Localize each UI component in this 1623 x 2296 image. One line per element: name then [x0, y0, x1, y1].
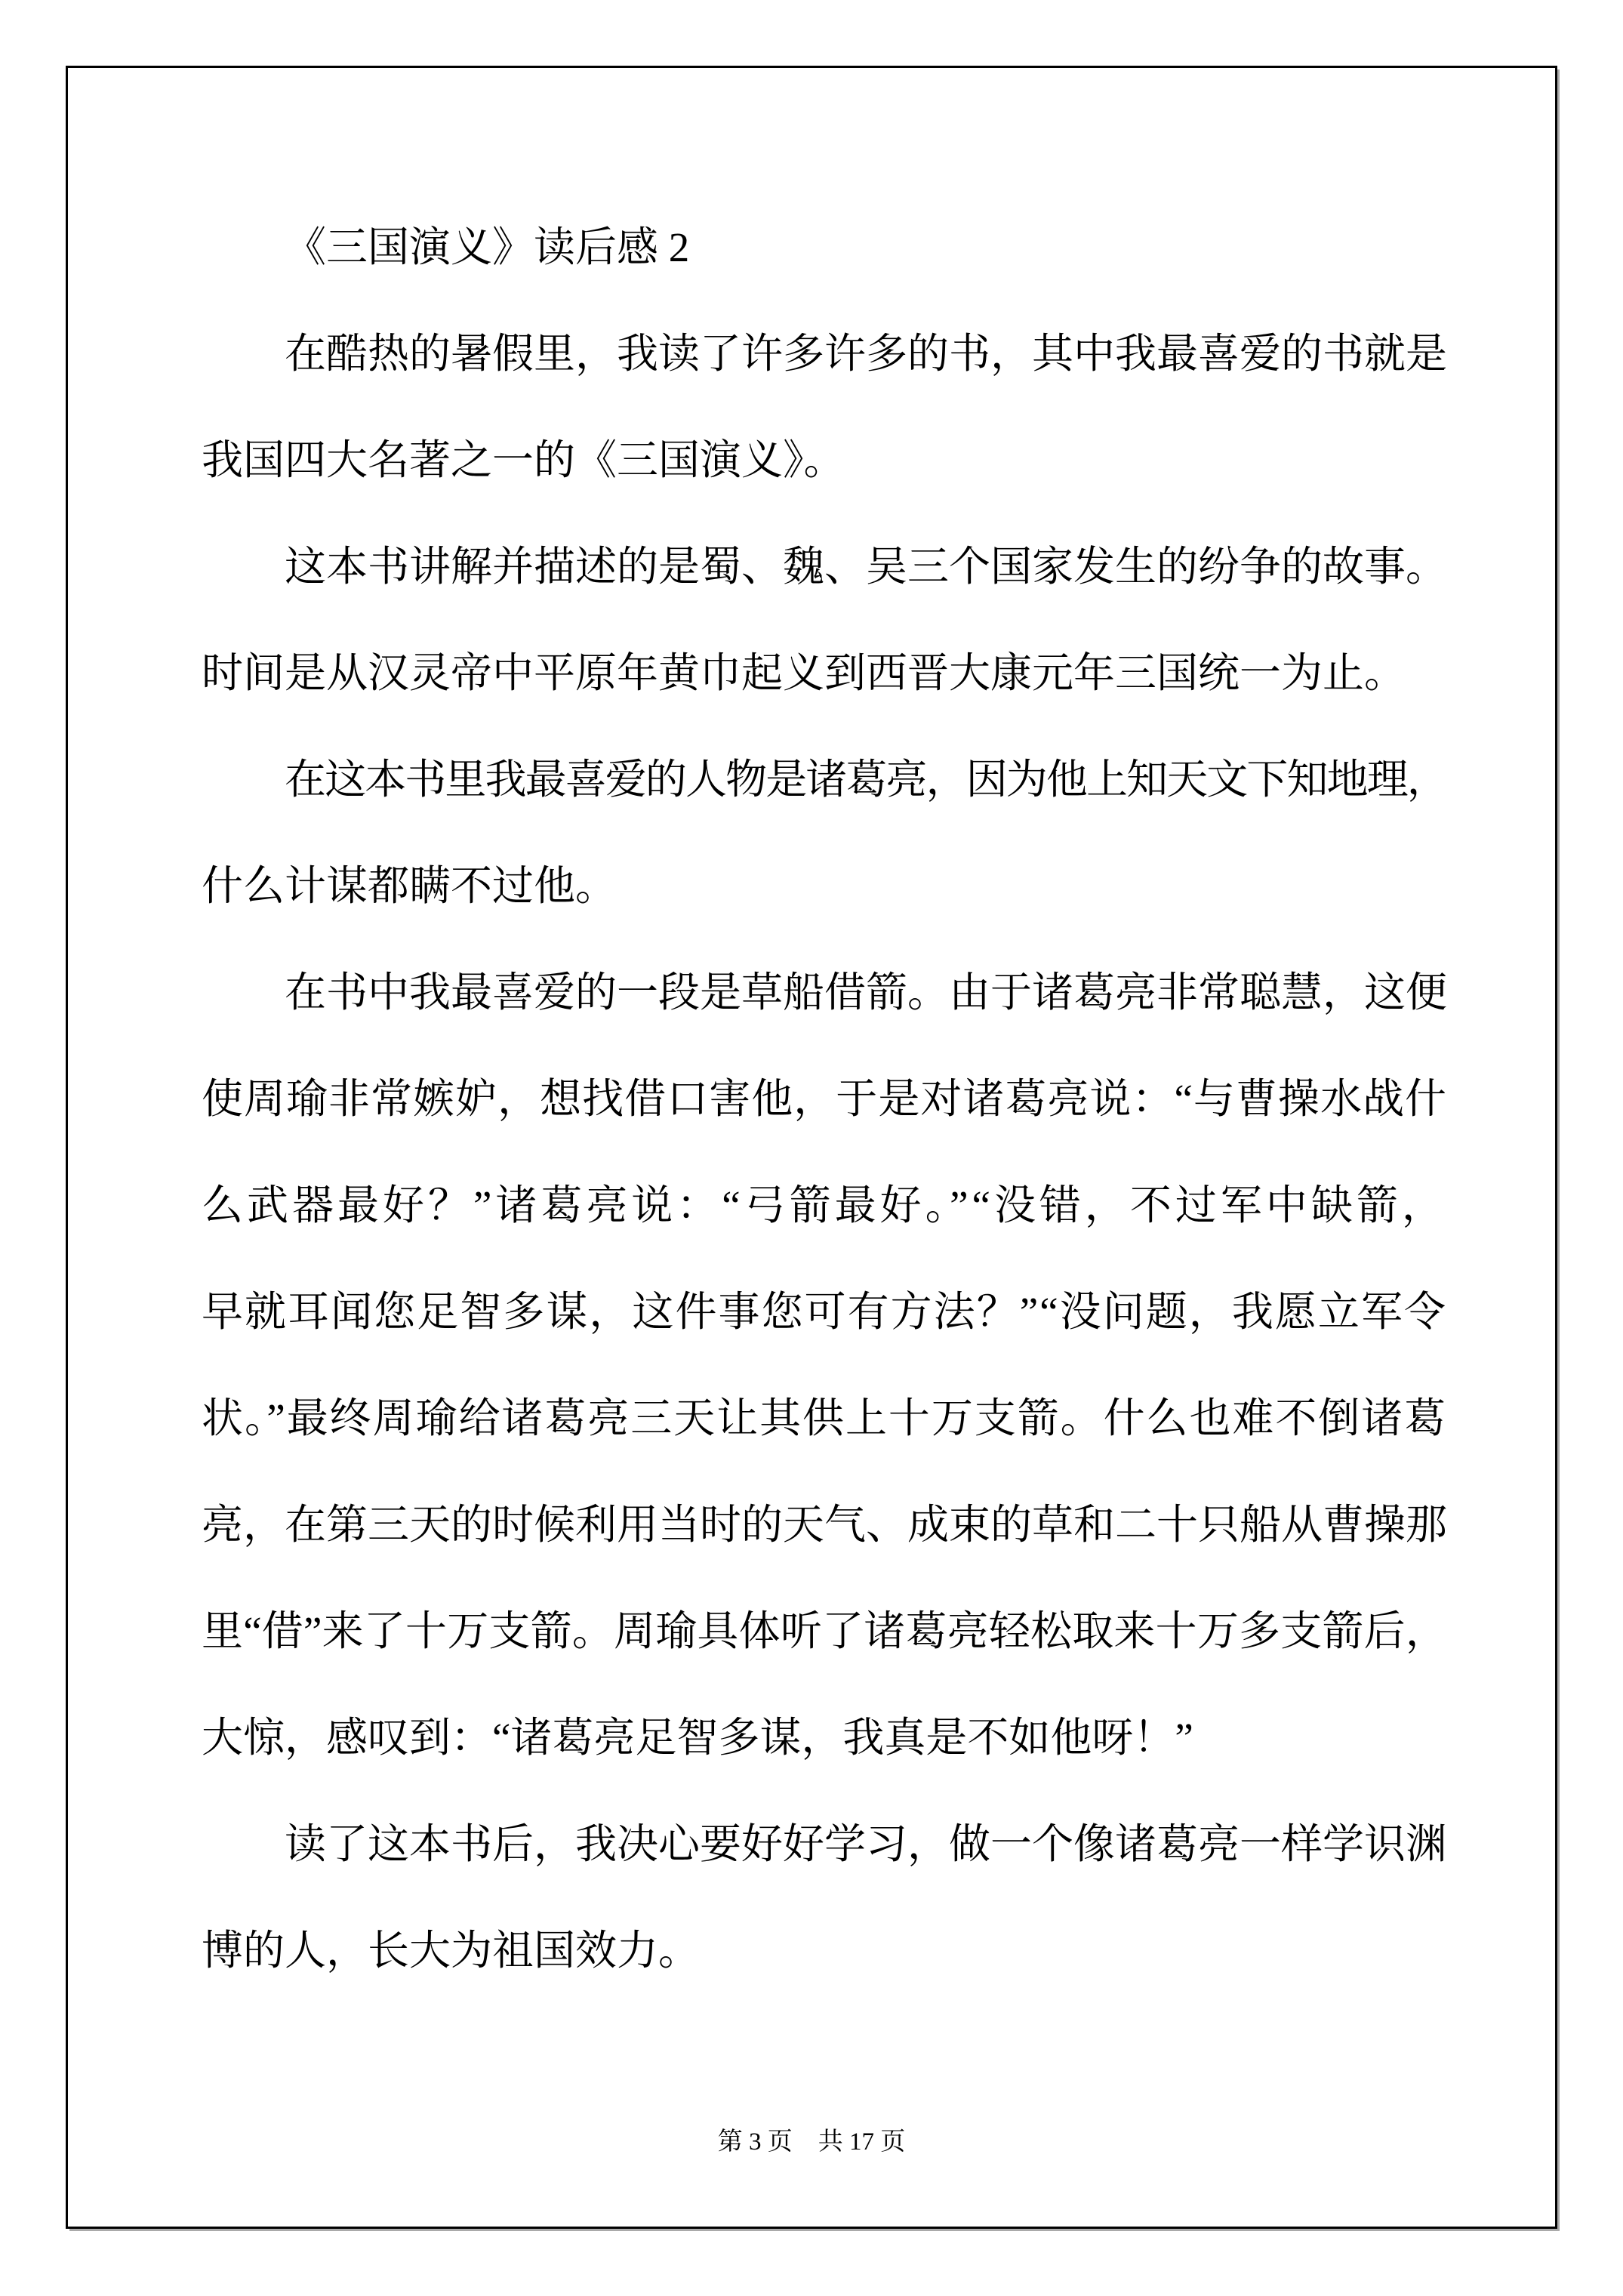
document-page: { "page": { "background": "#ffffff", "fr… [0, 0, 1623, 2296]
text-line: 早就耳闻您足智多谋，这件事您可有方法？”“没问题，我愿立军令 [202, 1259, 1447, 1365]
text-line: 博的人，长大为祖国效力。 [202, 1897, 1447, 2004]
text-line: 在酷热的暑假里，我读了许多许多的书，其中我最喜爱的书就是 [202, 300, 1447, 407]
paragraph: 在酷热的暑假里，我读了许多许多的书，其中我最喜爱的书就是我国四大名著之一的《三国… [202, 300, 1447, 513]
text-line: 什么计谋都瞒不过他。 [202, 833, 1447, 939]
text-line: 我国四大名著之一的《三国演义》。 [202, 407, 1447, 513]
text-line: 么武器最好？”诸葛亮说：“弓箭最好。”“没错，不过军中缺箭， [202, 1152, 1447, 1259]
text-line: 里“借”来了十万支箭。周瑜具体听了诸葛亮轻松取来十万多支箭后， [202, 1578, 1447, 1684]
text-line: 在书中我最喜爱的一段是草船借箭。由于诸葛亮非常聪慧，这便 [202, 939, 1447, 1046]
text-line: 这本书讲解并描述的是蜀、魏、吴三个国家发生的纷争的故事。 [202, 513, 1447, 620]
document-title-text: 《三国演义》读后感 2 [285, 224, 689, 270]
page-total-label: 共 17 页 [818, 2128, 906, 2156]
document-body: 《三国演义》读后感 2 在酷热的暑假里，我读了许多许多的书，其中我最喜爱的书就是… [202, 194, 1447, 2004]
page-number-label: 第 3 页 [718, 2128, 793, 2156]
text-line: 时间是从汉灵帝中平原年黄巾起义到西晋大康元年三国统一为止。 [202, 620, 1447, 726]
text-line: 亮，在第三天的时候利用当时的天气、成束的草和二十只船从曹操那 [202, 1472, 1447, 1578]
page-footer: 第 3 页共 17 页 [0, 2123, 1623, 2161]
text-line: 读了这本书后，我决心要好好学习，做一个像诸葛亮一样学识渊 [202, 1791, 1447, 1897]
text-line: 使周瑜非常嫉妒，想找借口害他，于是对诸葛亮说：“与曹操水战什 [202, 1046, 1447, 1152]
paragraph: 在书中我最喜爱的一段是草船借箭。由于诸葛亮非常聪慧，这便使周瑜非常嫉妒，想找借口… [202, 939, 1447, 1791]
text-line: 大惊，感叹到：“诸葛亮足智多谋，我真是不如他呀！” [202, 1684, 1447, 1791]
paragraph: 这本书讲解并描述的是蜀、魏、吴三个国家发生的纷争的故事。时间是从汉灵帝中平原年黄… [202, 513, 1447, 726]
text-line: 在这本书里我最喜爱的人物是诸葛亮，因为他上知天文下知地理， [202, 726, 1447, 833]
paragraphs-container: 在酷热的暑假里，我读了许多许多的书，其中我最喜爱的书就是我国四大名著之一的《三国… [202, 300, 1447, 2004]
paragraph: 读了这本书后，我决心要好好学习，做一个像诸葛亮一样学识渊博的人，长大为祖国效力。 [202, 1791, 1447, 2004]
paragraph: 在这本书里我最喜爱的人物是诸葛亮，因为他上知天文下知地理，什么计谋都瞒不过他。 [202, 726, 1447, 939]
document-title: 《三国演义》读后感 2 [202, 194, 1447, 300]
page-border-frame: 《三国演义》读后感 2 在酷热的暑假里，我读了许多许多的书，其中我最喜爱的书就是… [66, 66, 1557, 2229]
text-line: 状。”最终周瑜给诸葛亮三天让其供上十万支箭。什么也难不倒诸葛 [202, 1365, 1447, 1472]
